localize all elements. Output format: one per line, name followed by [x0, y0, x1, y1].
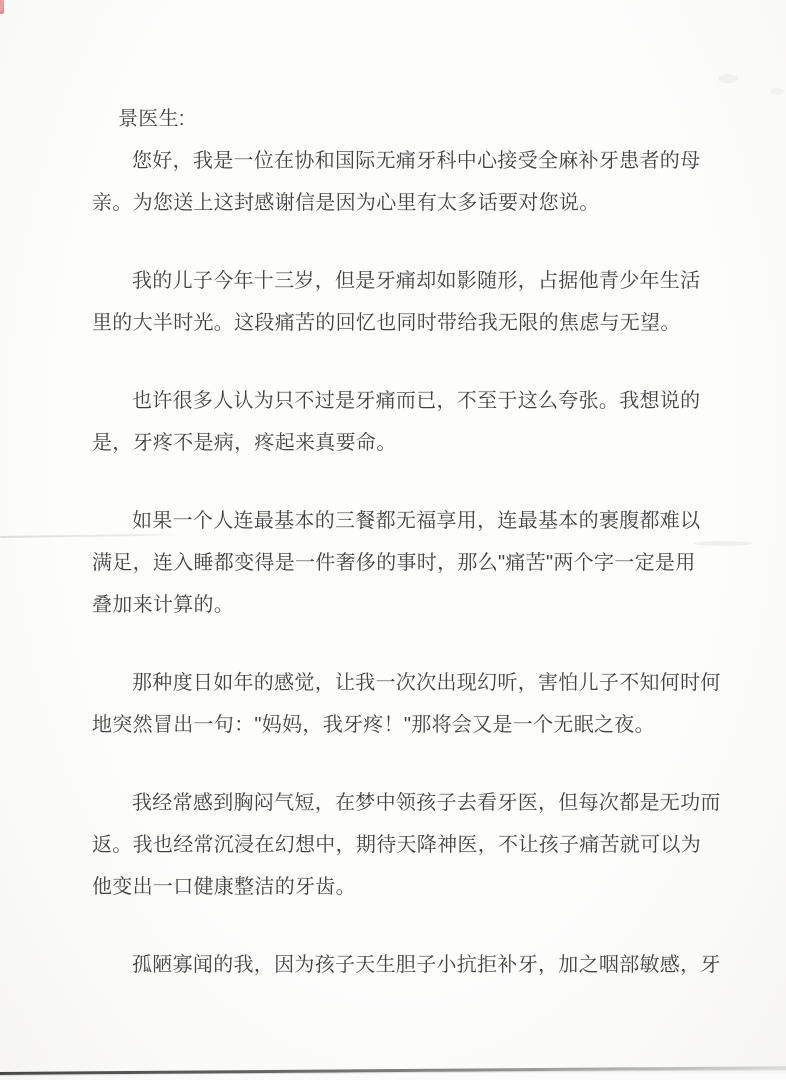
- letter-line: 满足，连入睡都变得是一件奢侈的事时，那么"痛苦"两个字一定是用: [92, 542, 708, 584]
- letter-line: 里的大半时光。这段痛苦的回忆也同时带给我无限的焦虑与无望。: [92, 302, 708, 344]
- paper-bottom-edge: [0, 1066, 786, 1075]
- letter-line: 他变出一口健康整洁的牙齿。: [92, 866, 708, 908]
- red-scan-mark-icon: [0, 0, 3, 11]
- red-scan-mark-icon: [0, 0, 4, 14]
- letter-paragraph: 那种度日如年的感觉，让我一次次出现幻听，害怕儿子不知何时何 地突然冒出一句："妈…: [92, 662, 708, 746]
- letter-paragraph: 我经常感到胸闷气短，在梦中领孩子去看牙医，但每次都是无功而 返。我也经常沉浸在幻…: [92, 782, 708, 908]
- letter-paragraph: 也许很多人认为只不过是牙痛而已，不至于这么夸张。我想说的 是，牙疼不是病，疼起来…: [92, 380, 708, 464]
- letter-paragraph: 孤陋寡闻的我，因为孩子天生胆子小抗拒补牙，加之咽部敏感，牙: [92, 944, 708, 986]
- letter-paragraph: 我的儿子今年十三岁，但是牙痛却如影随形，占据他青少年生活 里的大半时光。这段痛苦…: [92, 260, 708, 344]
- scan-smudge: [718, 74, 738, 83]
- letter-line: 地突然冒出一句："妈妈，我牙疼！"那将会又是一个无眠之夜。: [92, 704, 708, 746]
- letter-line: 孤陋寡闻的我，因为孩子天生胆子小抗拒补牙，加之咽部敏感，牙: [92, 944, 708, 986]
- letter-line: 也许很多人认为只不过是牙痛而已，不至于这么夸张。我想说的: [92, 380, 708, 422]
- letter-line: 叠加来计算的。: [92, 584, 708, 626]
- letter-paragraph: 您好，我是一位在协和国际无痛牙科中心接受全麻补牙患者的母 亲。为您送上这封感谢信…: [92, 140, 708, 224]
- scanned-letter-page: 景医生: 您好，我是一位在协和国际无痛牙科中心接受全麻补牙患者的母 亲。为您送上…: [0, 0, 786, 1080]
- letter-line: 我经常感到胸闷气短，在梦中领孩子去看牙医，但每次都是无功而: [92, 782, 708, 824]
- letter-line: 您好，我是一位在协和国际无痛牙科中心接受全麻补牙患者的母: [92, 140, 708, 182]
- letter-line: 那种度日如年的感觉，让我一次次出现幻听，害怕儿子不知何时何: [92, 662, 708, 704]
- letter-paragraph: 如果一个人连最基本的三餐都无福享用，连最基本的裹腹都难以 满足，连入睡都变得是一…: [92, 500, 708, 626]
- letter-body: 景医生: 您好，我是一位在协和国际无痛牙科中心接受全麻补牙患者的母 亲。为您送上…: [92, 98, 708, 986]
- letter-salutation: 景医生:: [92, 98, 708, 140]
- letter-line: 我的儿子今年十三岁，但是牙痛却如影随形，占据他青少年生活: [92, 260, 708, 302]
- letter-line: 是，牙疼不是病，疼起来真要命。: [92, 422, 708, 464]
- letter-line: 如果一个人连最基本的三餐都无福享用，连最基本的裹腹都难以: [92, 500, 708, 542]
- scanner-background-strip: [0, 1074, 786, 1080]
- letter-line: 亲。为您送上这封感谢信是因为心里有太多话要对您说。: [92, 182, 708, 224]
- letter-line: 返。我也经常沉浸在幻想中，期待天降神医，不让孩子痛苦就可以为: [92, 824, 708, 866]
- scan-smudge: [770, 88, 784, 95]
